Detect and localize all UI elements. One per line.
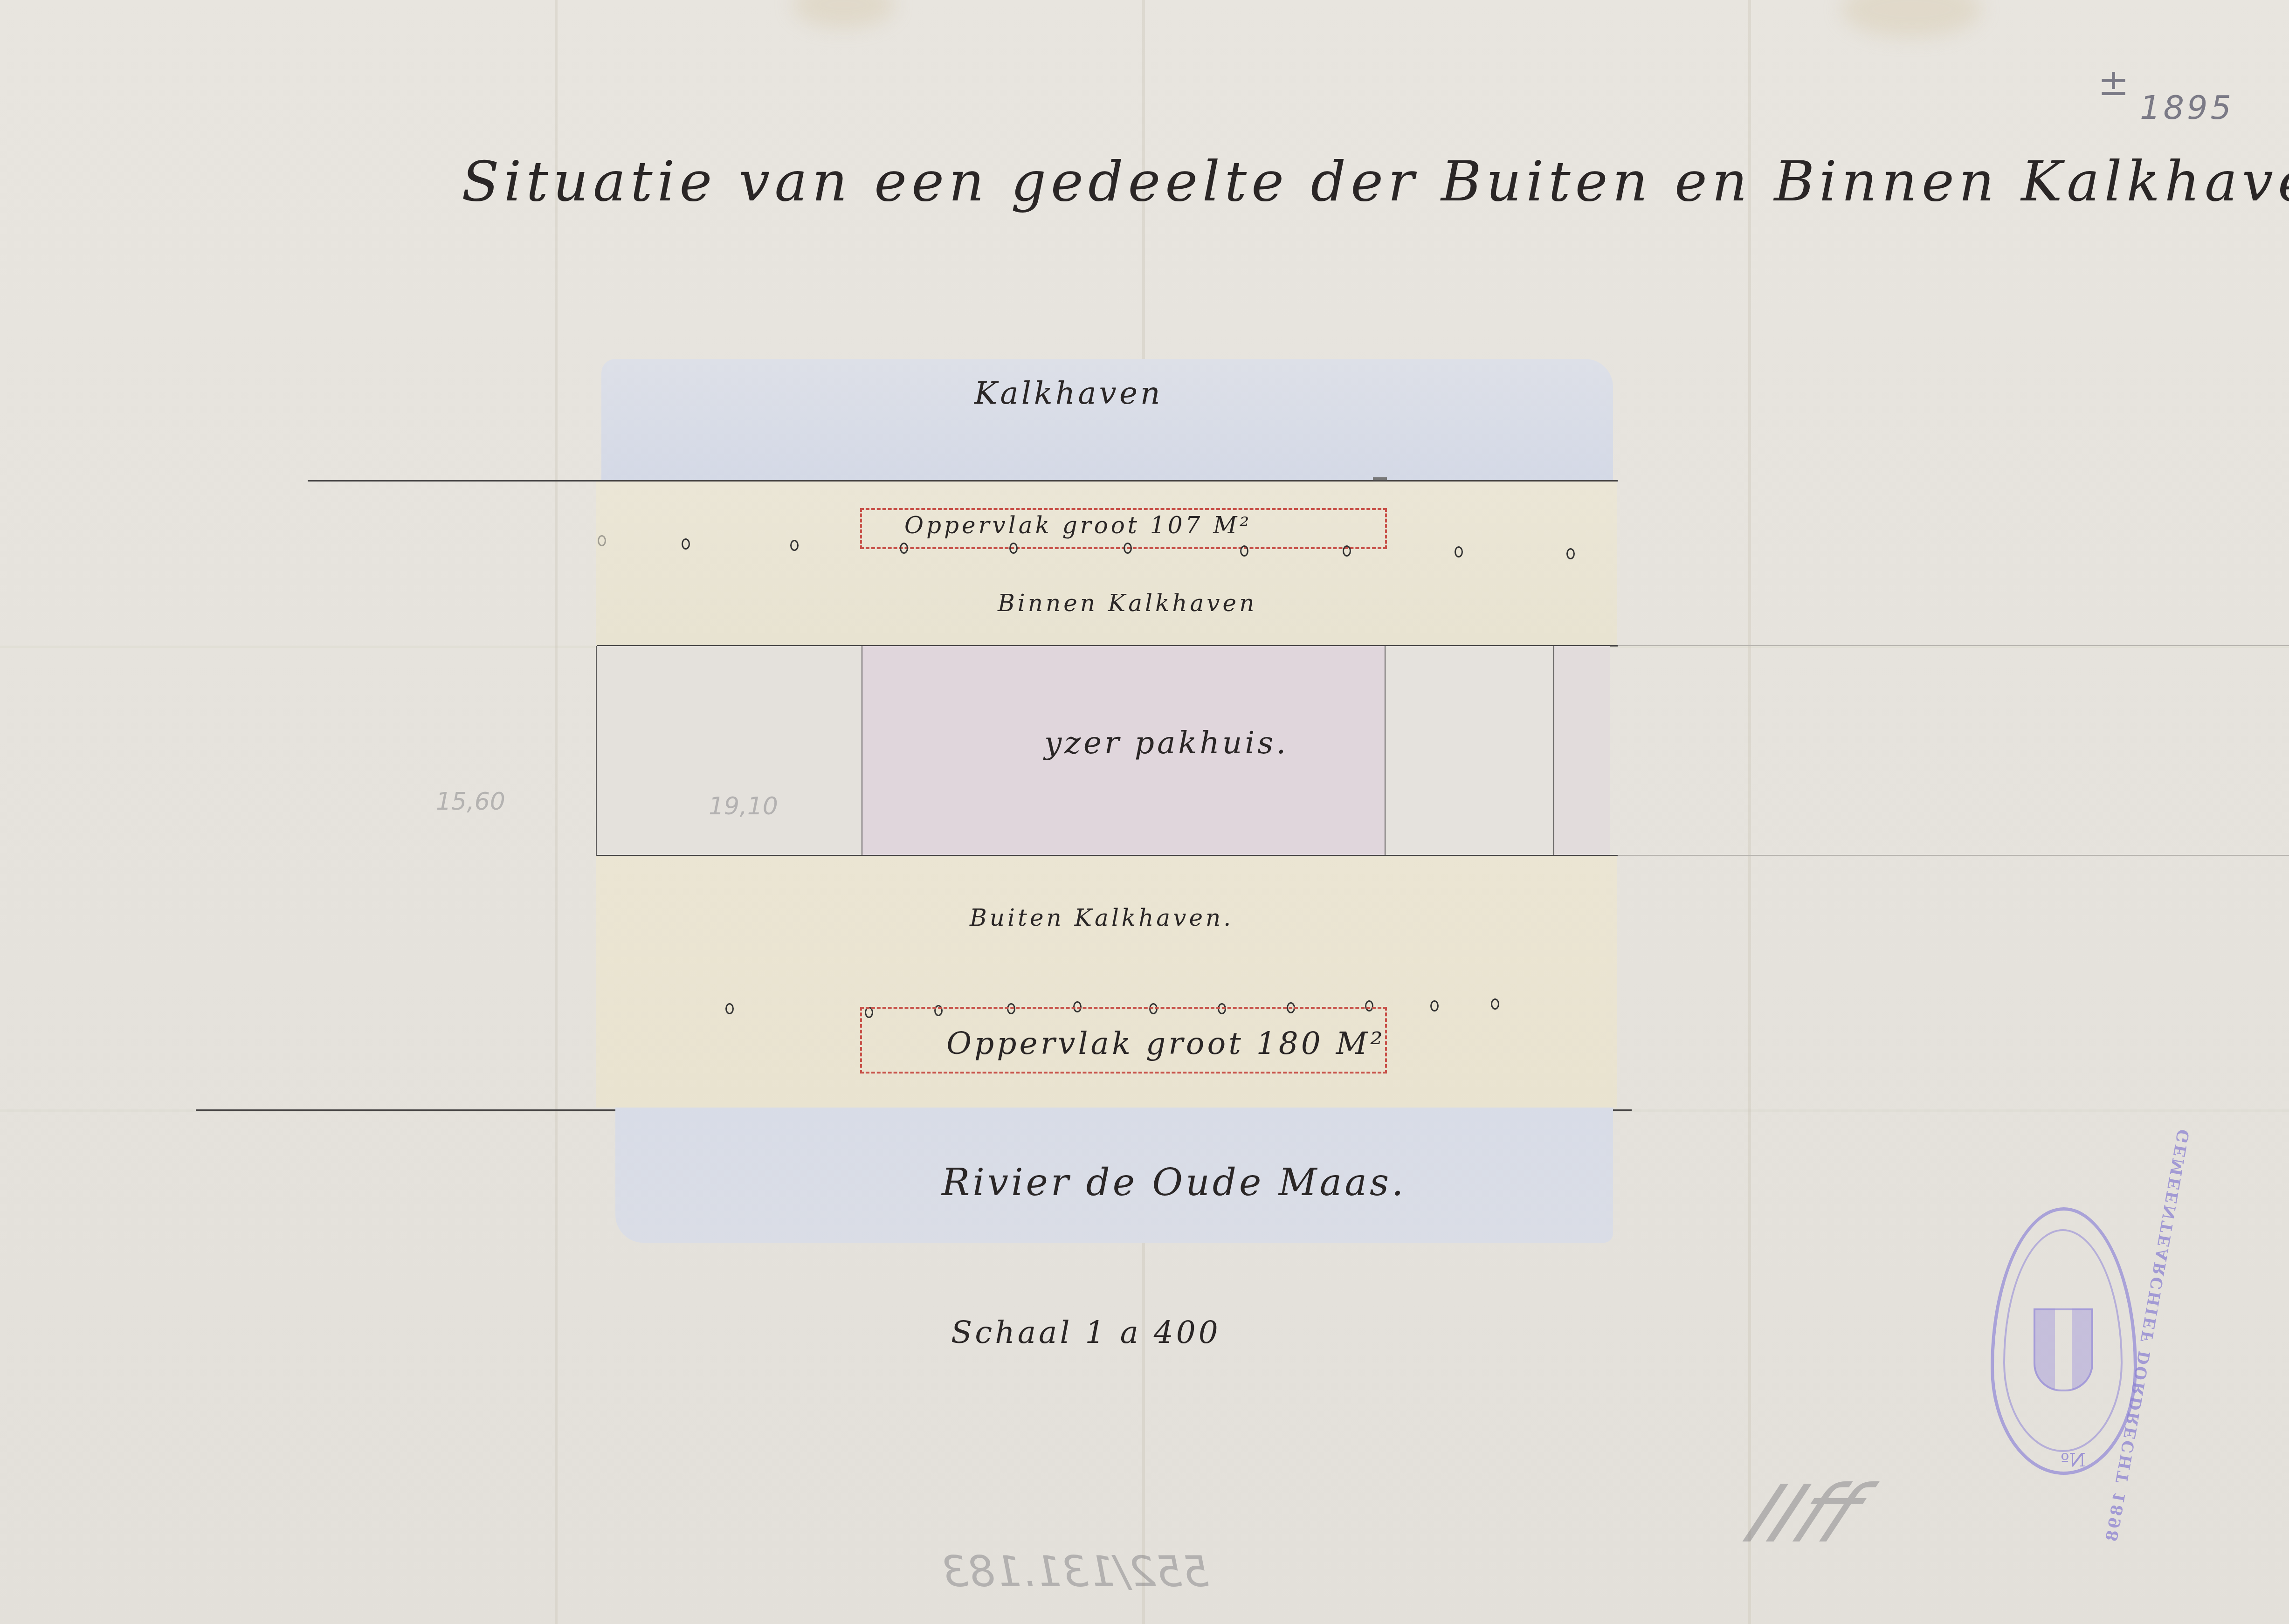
- bollard-icon: [1566, 548, 1575, 559]
- label-buiten-kalkhaven: Buiten Kalkhaven.: [970, 904, 1234, 931]
- stamp-number-mark: Nº: [2061, 1450, 2086, 1471]
- label-kalkhaven: Kalkhaven: [974, 375, 1163, 411]
- fold-line: [1748, 0, 1751, 1624]
- scale-label: Schaal 1 a 400: [951, 1314, 1221, 1350]
- document-title: Situatie van een gedeelte der Buiten en …: [462, 149, 1790, 213]
- fold-line: [555, 0, 558, 1624]
- pencil-line: [1618, 645, 2289, 646]
- bollard-icon: [1124, 543, 1132, 554]
- bollard-icon: [598, 535, 606, 546]
- label-yzer-pakhuis: yzer pakhuis.: [1044, 725, 1289, 761]
- tick-mark: [1373, 477, 1387, 480]
- area-label-180: Oppervlak groot 180 M²: [946, 1025, 1386, 1061]
- quay-binnen-kalkhaven: [596, 481, 1617, 645]
- plot-divider: [1553, 646, 1554, 856]
- quay-edge-line: [308, 480, 1618, 482]
- bollard-icon: [790, 540, 799, 551]
- area-label-107: Oppervlak groot 107 M²: [904, 512, 1252, 539]
- plot-left: [597, 646, 862, 856]
- archive-number: 552/131.183: [942, 1548, 1209, 1596]
- bollard-icon: [682, 538, 690, 550]
- pencil-dimension: 19,10: [709, 792, 778, 820]
- pencil-dimension: 15,60: [436, 788, 505, 816]
- shield-icon: [2034, 1308, 2093, 1391]
- pencil-line: [1618, 855, 2289, 856]
- bollard-icon: [1240, 545, 1248, 557]
- date-year: 1895: [2140, 89, 2234, 127]
- approx-sign: ±: [2098, 61, 2129, 104]
- plot-strip: [1554, 646, 1610, 856]
- label-binnen-kalkhaven: Binnen Kalkhaven: [998, 590, 1257, 617]
- bollard-icon: [1491, 998, 1499, 1010]
- plot-divider: [862, 646, 862, 856]
- bollard-icon: [725, 1003, 734, 1014]
- bollard-icon: [1343, 545, 1351, 557]
- plot-right: [1386, 646, 1553, 856]
- bollard-icon: [1430, 1000, 1439, 1012]
- bollard-icon: [1009, 543, 1018, 554]
- plot-divider: [596, 646, 597, 856]
- bollard-icon: [1455, 546, 1463, 557]
- label-rivier-oude-maas: Rivier de Oude Maas.: [942, 1161, 1406, 1204]
- plot-divider: [1385, 646, 1386, 856]
- bollard-icon: [900, 543, 908, 554]
